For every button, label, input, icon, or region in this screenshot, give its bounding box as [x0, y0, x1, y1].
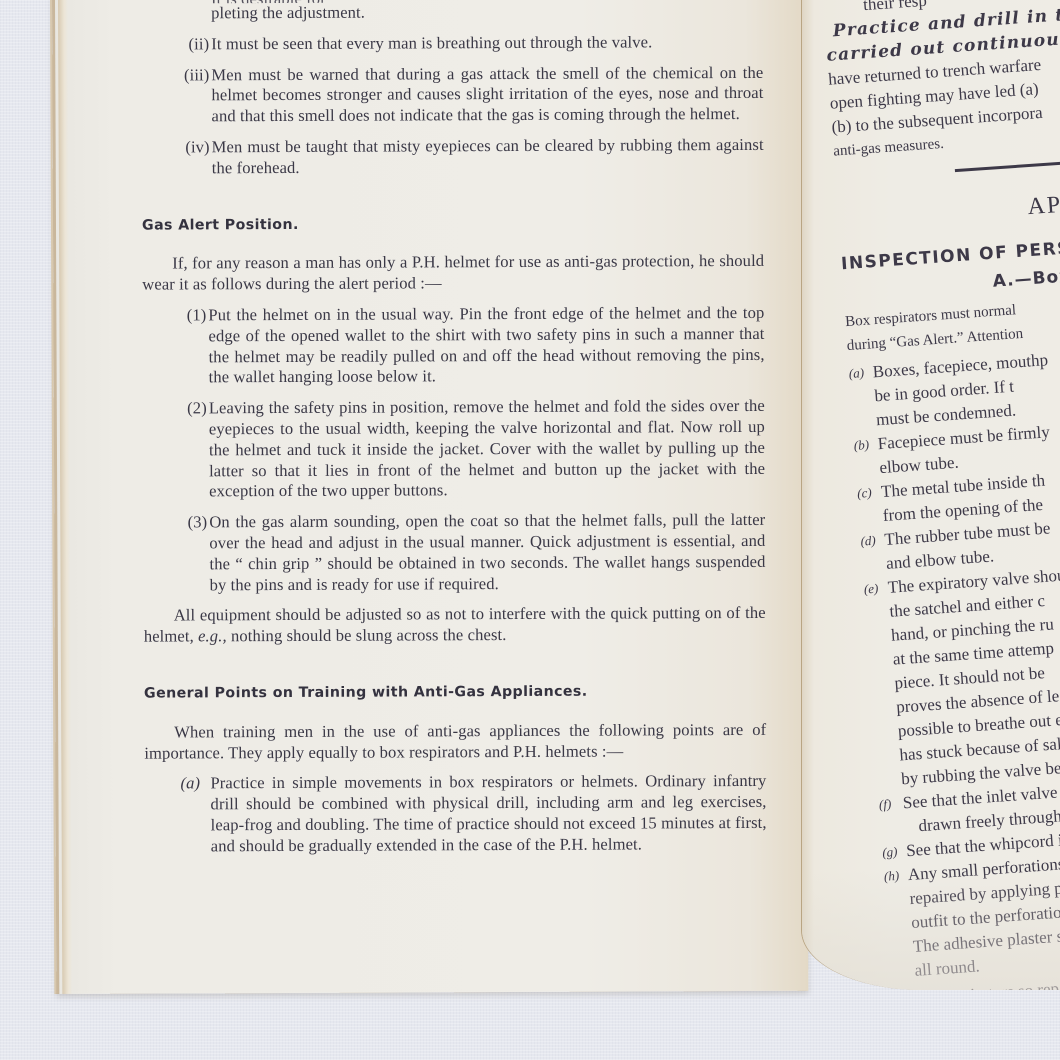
section-divider — [955, 159, 1060, 172]
section-heading-training: General Points on Training with Anti-Gas… — [144, 681, 766, 705]
gas-alert-intro: If, for any reason a man has only a P.H.… — [142, 251, 764, 295]
left-page-text: It is desirable for pleting the adjustme… — [141, 0, 767, 857]
list-item-iv: (iv) Men must be taught that misty eyepi… — [142, 135, 764, 179]
appendix-title: APP — [1027, 181, 1060, 220]
inspection-item-e: (e) The expiratory valve shou the satche… — [863, 550, 1060, 793]
list-item-ii: (ii) It must be seen that every man is b… — [141, 32, 763, 56]
continuation-line: pleting the adjustment. — [141, 1, 763, 25]
training-point-a: (a) Practice in simple movements in box … — [144, 771, 766, 857]
gas-alert-step-2: (2) Leaving the safety pins in position,… — [143, 396, 765, 503]
right-page: their resp Practice and drill in the car… — [802, 0, 1060, 990]
gas-alert-closing: All equipment should be adjusted so as n… — [144, 603, 766, 647]
left-page: It is desirable for pleting the adjustme… — [52, 0, 808, 994]
list-item-iii: (iii) Men must be warned that during a g… — [141, 62, 763, 127]
gas-alert-step-1: (1) Put the helmet on in the usual way. … — [142, 303, 764, 389]
section-heading-gas-alert: Gas Alert Position. — [142, 212, 764, 236]
training-intro: When training men in the use of anti-gas… — [144, 720, 766, 764]
gas-alert-step-3: (3) On the gas alarm sounding, open the … — [143, 510, 765, 596]
right-page-text: their resp Practice and drill in the car… — [822, 0, 1060, 990]
